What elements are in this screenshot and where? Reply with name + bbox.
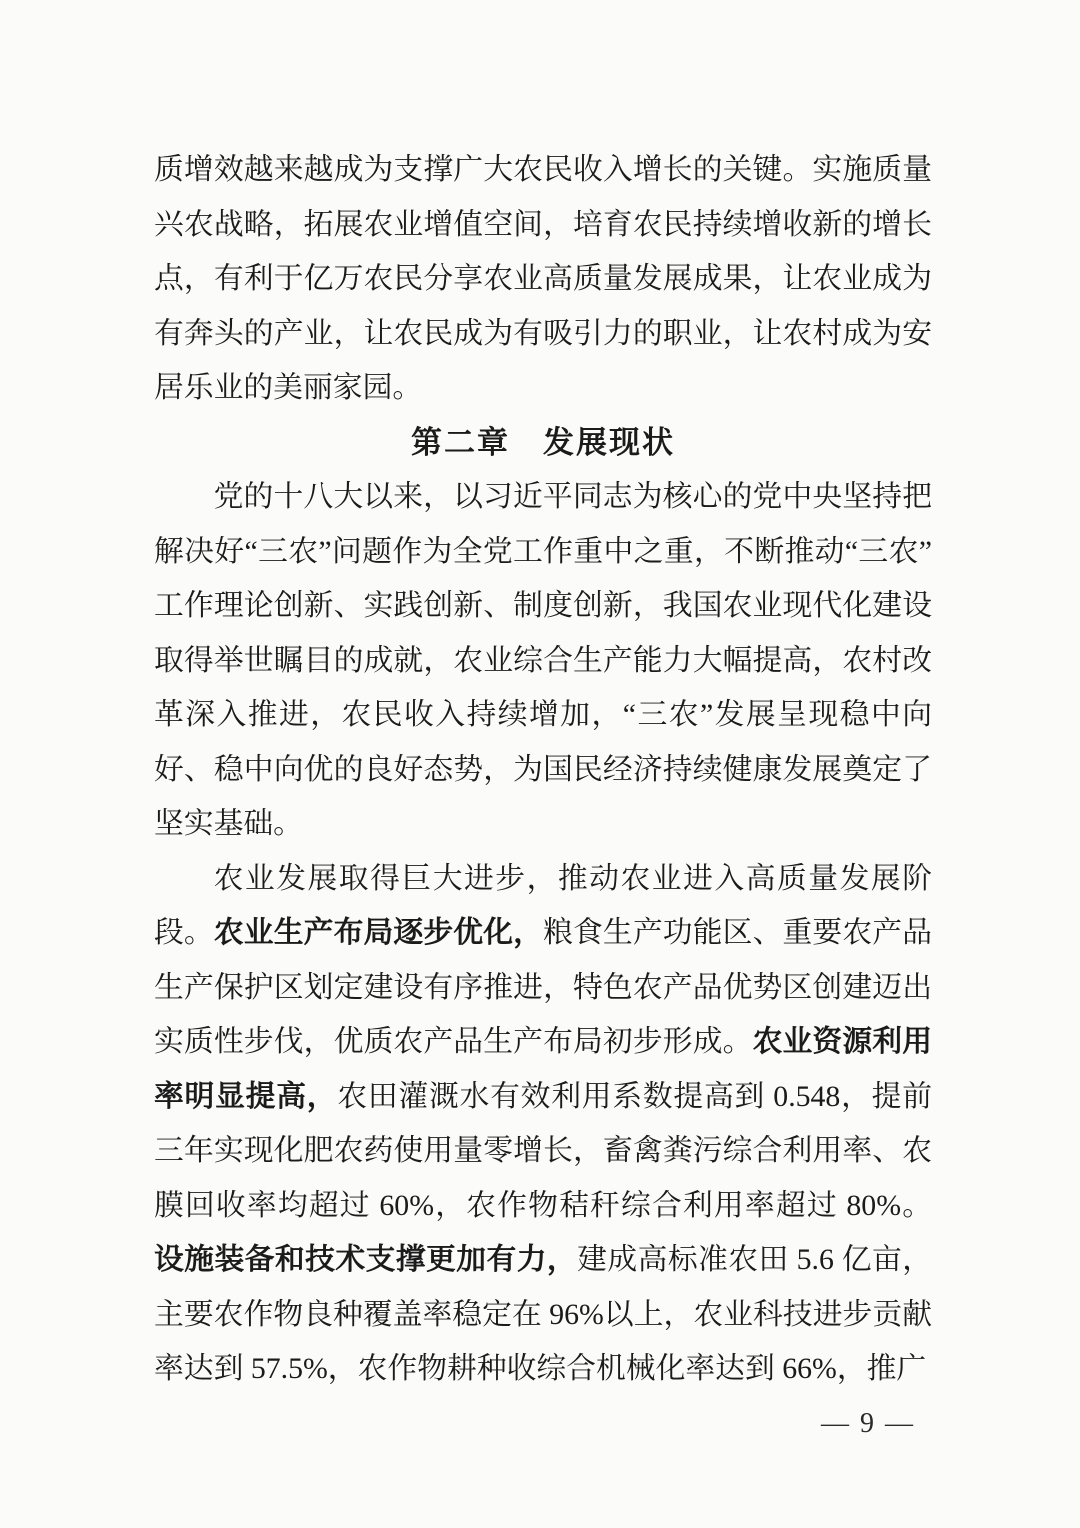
paragraph-quality-strategy: 质增效越来越成为支撑广大农民收入增长的关键。实施质量兴农战略，拓展农业增值空间，… [154, 143, 932, 416]
text-run-bold-equipment-technology: 设施装备和技术支撑更加有力， [154, 1243, 577, 1276]
text-run: 质增效越来越成为支撑广大农民收入增长的关键。实施质量兴农战略，拓展农业增值空间，… [154, 153, 932, 404]
page-body: 质增效越来越成为支撑广大农民收入增长的关键。实施质量兴农战略，拓展农业增值空间，… [154, 143, 932, 1397]
text-run-bold-production-layout: 农业生产布局逐步优化， [214, 916, 543, 949]
document-page: 质增效越来越成为支撑广大农民收入增长的关键。实施质量兴农战略，拓展农业增值空间，… [0, 0, 1080, 1528]
paragraph-agriculture-progress: 农业发展取得巨大进步，推动农业进入高质量发展阶段。农业生产布局逐步优化，粮食生产… [154, 852, 932, 1397]
text-run: 党的十八大以来，以习近平同志为核心的党中央坚持把解决好“三农”问题作为全党工作重… [154, 480, 932, 840]
page-number: — 9 — [821, 1410, 915, 1438]
chapter-heading: 第二章 发展现状 [154, 416, 932, 471]
paragraph-party-achievements: 党的十八大以来，以习近平同志为核心的党中央坚持把解决好“三农”问题作为全党工作重… [154, 470, 932, 852]
